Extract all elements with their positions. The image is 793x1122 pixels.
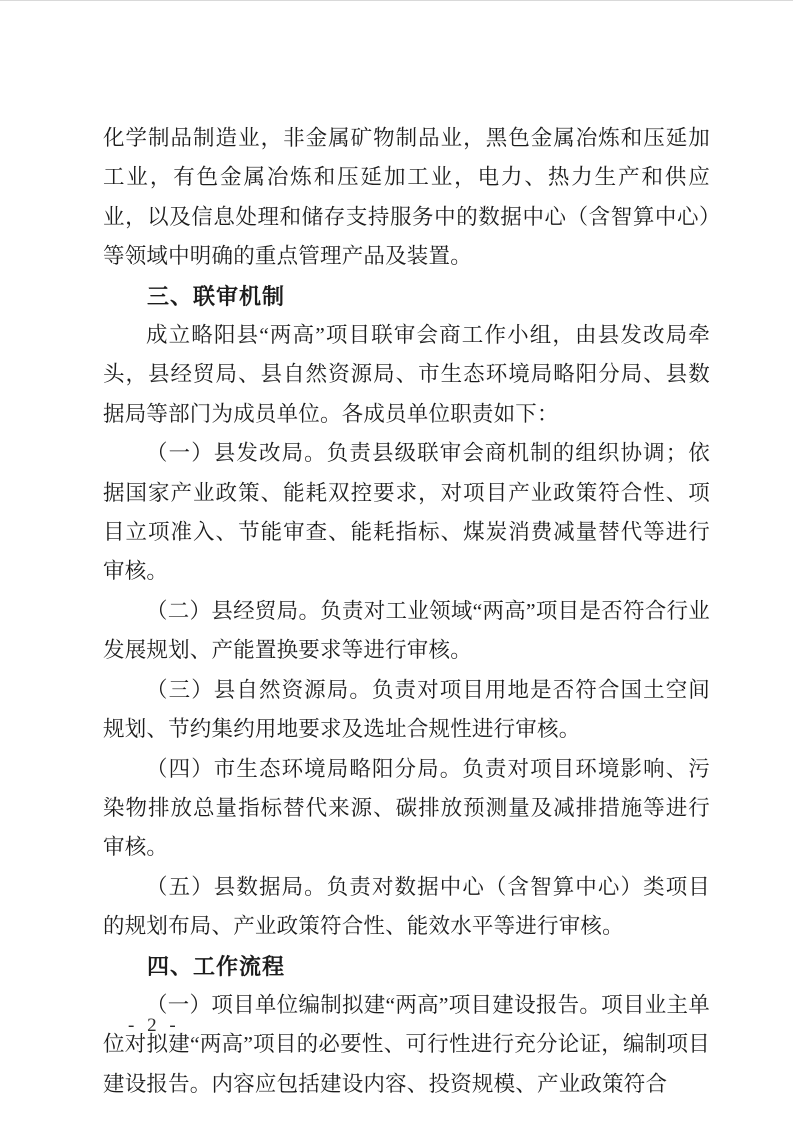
body-paragraph-project-report: （一）项目单位编制拟建“两高”项目建设报告。项目业主单位对拟建“两高”项目的必要… — [103, 986, 710, 1104]
document-body: 化学制品制造业，非金属矿物制品业，黑色金属冶炼和压延加工业，有色金属冶炼和压延加… — [103, 119, 710, 1104]
body-paragraph-continued: 化学制品制造业，非金属矿物制品业，黑色金属冶炼和压延加工业，有色金属冶炼和压延加… — [103, 119, 710, 277]
body-paragraph-item-1-development-reform-bureau: （一）县发改局。负责县级联审会商机制的组织协调；依据国家产业政策、能耗双控要求，… — [103, 434, 710, 592]
scan-edge-artifact — [0, 0, 793, 1]
body-paragraph-item-3-natural-resources-bureau: （三）县自然资源局。负责对项目用地是否符合国土空间规划、节约集约用地要求及选址合… — [103, 671, 710, 750]
page-number: - 2 - — [128, 1014, 180, 1038]
body-paragraph-item-5-data-bureau: （五）县数据局。负责对数据中心（含智算中心）类项目的规划布局、产业政策符合性、能… — [103, 868, 710, 947]
section-heading-joint-review-mechanism: 三、联审机制 — [103, 277, 710, 316]
body-paragraph-workgroup: 成立略阳县“两高”项目联审会商工作小组，由县发改局牵头，县经贸局、县自然资源局、… — [103, 316, 710, 434]
document-page: { "colors": { "background": "#ffffff", "… — [0, 0, 793, 1122]
body-paragraph-item-2-economy-trade-bureau: （二）县经贸局。负责对工业领域“两高”项目是否符合行业发展规划、产能置换要求等进… — [103, 592, 710, 671]
section-heading-work-process: 四、工作流程 — [103, 947, 710, 986]
body-paragraph-item-4-ecology-environment-bureau: （四）市生态环境局略阳分局。负责对项目环境影响、污染物排放总量指标替代来源、碳排… — [103, 750, 710, 868]
